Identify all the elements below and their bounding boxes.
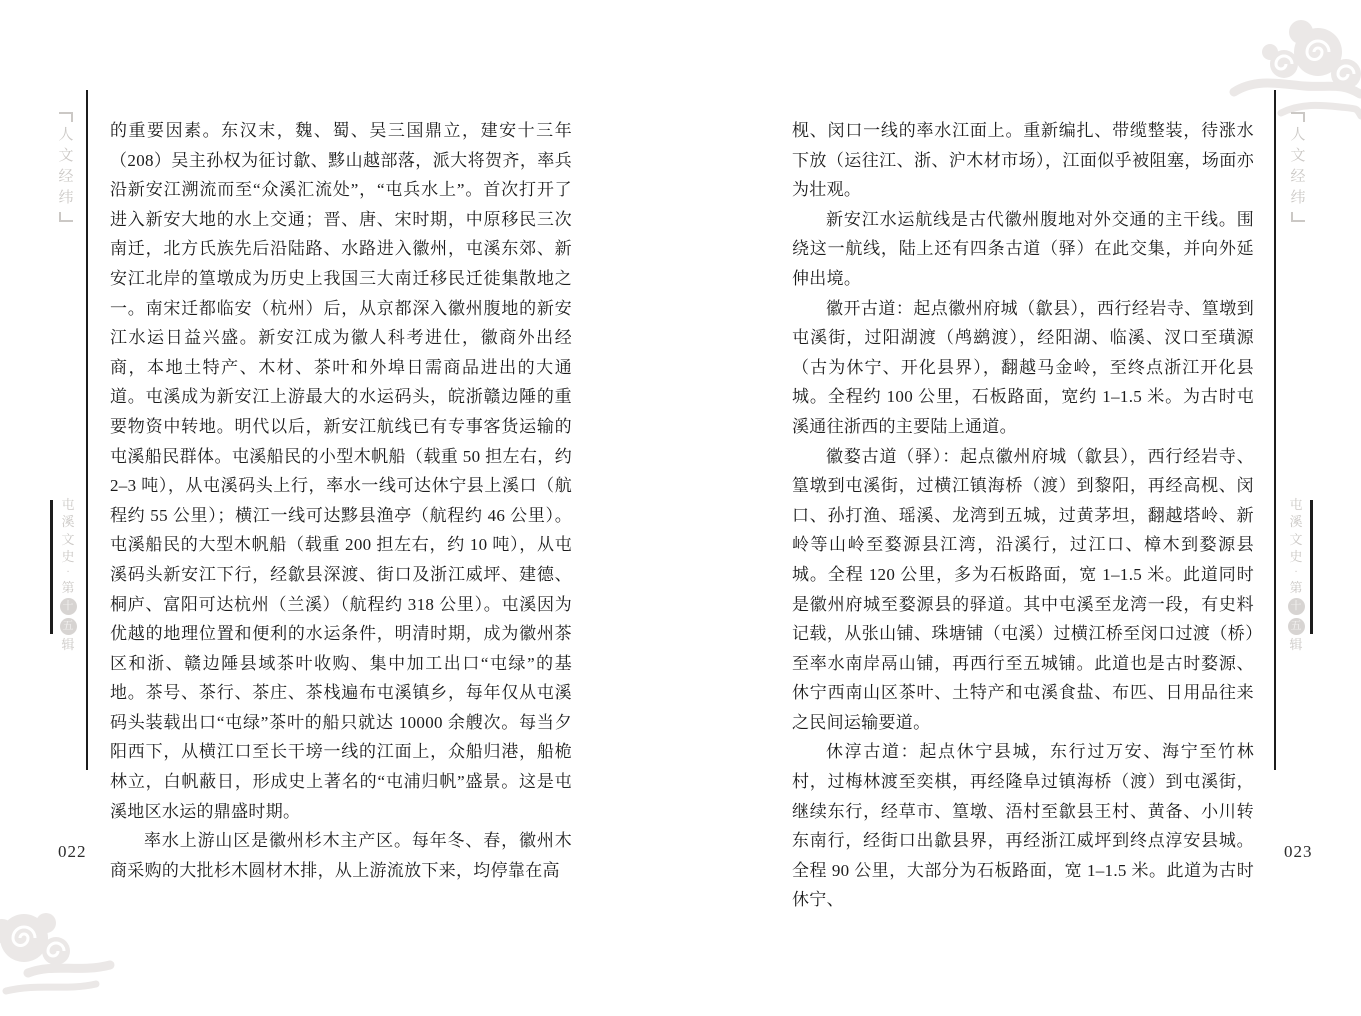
edge-label-left: 人 文 经 纬 (52, 112, 80, 222)
bracket-top-icon (1291, 112, 1305, 122)
book-spread: 人 文 经 纬 屯 溪 文 史 · 第 十 五 辑 人 文 经 纬 屯 溪 文 … (0, 0, 1361, 1016)
edge-label-char: 人 (1290, 128, 1305, 143)
body-paragraph: 徽开古道：起点徽州府城（歙县），西行经岩寺、篁墩到屯溪街，过阳湖渡（鸬鹚渡），经… (792, 294, 1254, 442)
series-char-circled: 十 (60, 598, 77, 615)
series-char: 辑 (61, 638, 74, 652)
body-paragraph: 率水上游山区是徽州杉木主产区。每年冬、春，徽州木商采购的大批杉木圆材木排，从上游… (110, 826, 572, 885)
series-char: · (1294, 567, 1297, 578)
edge-label-right: 人 文 经 纬 (1284, 112, 1312, 222)
body-paragraph: 徽婺古道（驿）：起点徽州府城（歙县），西行经岩寺、篁墩到屯溪街，过横江镇海桥（渡… (792, 442, 1254, 738)
bracket-top-icon (59, 112, 73, 122)
edge-label-char: 人 (58, 128, 73, 143)
series-char: · (66, 567, 69, 578)
body-paragraph: 的重要因素。东汉末，魏、蜀、吴三国鼎立，建安十三年（208）吴主孙权为征讨歙、黟… (110, 116, 572, 826)
cloud-ornament-icon (1226, 12, 1361, 127)
edge-label-char: 文 (1290, 149, 1305, 164)
body-paragraph: 新安江水运航线是古代徽州腹地对外交通的主干线。围绕这一航线，陆上还有四条古道（驿… (792, 205, 1254, 294)
series-char: 史 (1289, 550, 1302, 564)
body-paragraph: 枧、闵口一线的率水江面上。重新编扎、带缆整装，待涨水下放（运往江、浙、沪木材市场… (792, 116, 1254, 205)
series-char: 溪 (1289, 515, 1302, 529)
series-char-circled: 五 (1288, 618, 1305, 635)
edge-label-char: 纬 (58, 191, 73, 206)
series-char: 文 (61, 533, 74, 547)
margin-rule (1274, 90, 1276, 770)
left-page-text: 的重要因素。东汉末，魏、蜀、吴三国鼎立，建安十三年（208）吴主孙权为征讨歙、黟… (110, 116, 572, 885)
series-rule (1310, 500, 1313, 634)
page-number: 023 (1284, 842, 1313, 862)
body-paragraph: 休淳古道：起点休宁县城，东行过万安、海宁至竹林村，过梅林渡至奕棋，再经隆阜过镇海… (792, 737, 1254, 915)
edge-label-char: 经 (58, 170, 73, 185)
edge-label-char: 纬 (1290, 191, 1305, 206)
page-number: 022 (58, 842, 87, 862)
series-rule (50, 500, 53, 634)
right-page-text: 枧、闵口一线的率水江面上。重新编扎、带缆整装，待涨水下放（运往江、浙、沪木材市场… (792, 116, 1254, 915)
series-char: 第 (1289, 581, 1302, 595)
series-char-circled: 五 (60, 618, 77, 635)
series-char: 文 (1289, 533, 1302, 547)
series-char: 屯 (1289, 498, 1302, 512)
cloud-ornament-icon (0, 893, 124, 1008)
margin-rule (86, 90, 88, 770)
bracket-bottom-icon (59, 212, 73, 222)
series-char: 史 (61, 550, 74, 564)
series-char: 溪 (61, 515, 74, 529)
series-label-right: 屯 溪 文 史 · 第 十 五 辑 (1284, 498, 1308, 653)
edge-label-char: 文 (58, 149, 73, 164)
series-char-circled: 十 (1288, 598, 1305, 615)
series-char: 屯 (61, 498, 74, 512)
series-label-left: 屯 溪 文 史 · 第 十 五 辑 (56, 498, 80, 653)
bracket-bottom-icon (1291, 212, 1305, 222)
series-char: 第 (61, 581, 74, 595)
series-char: 辑 (1289, 638, 1302, 652)
edge-label-char: 经 (1290, 170, 1305, 185)
